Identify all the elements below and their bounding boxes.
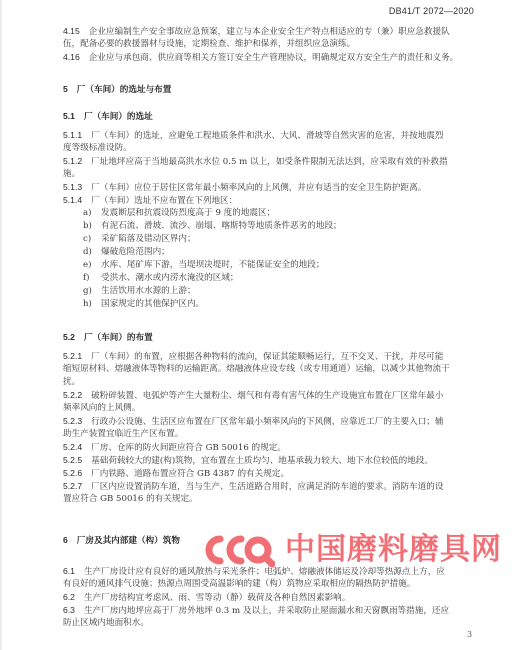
clause-6-3: 6.3生产厂房内地坪应高于厂房外地坪 0.3 m 及以上，并采取防止屋面漏水和天… (63, 604, 449, 616)
list-marker: c) (83, 233, 101, 245)
watermark-logo-icon (203, 530, 275, 570)
clause-number: 6.2 (63, 591, 75, 603)
clause-text: 厂房、仓库的防火间距应符合 GB 50016 的规定。 (91, 443, 286, 453)
section-5-heading: 5厂（车间）的选址与布置 (63, 83, 171, 95)
clause-6-3-cont: 防止区域内地面积水。 (63, 617, 149, 629)
clause-number: 5.2.6 (63, 467, 82, 479)
clause-text: 企业应与承包商、供应商等相关方签订安全生产管理协议，明确规定双方安全生产的责任和… (89, 53, 459, 63)
clause-5-2-4: 5.2.4厂房、仓库的防火间距应符合 GB 50016 的规定。 (63, 441, 286, 453)
clause-number: 6.1 (63, 565, 75, 577)
clause-5-2-7: 5.2.7厂区内应设置消防车道，当与生产、生活道路合用时，应满足消防车道的要求。… (63, 480, 443, 492)
clause-number: 5.2.5 (63, 454, 82, 466)
section-number: 5 (63, 83, 68, 95)
clause-5-2-2: 5.2.2破粉碎装置、电弧炉等产生大量粉尘、烟气和有毒有害气体的生产设施宜布置在… (63, 389, 443, 401)
section-6-heading: 6厂房及其内部建（构）筑物 (63, 534, 180, 546)
list-marker: a) (83, 207, 101, 219)
clause-number: 4.16 (63, 51, 80, 63)
list-text: 水库、尾矿库下游，当堤坝决堤时，不能保证安全的地段； (101, 260, 324, 270)
section-5-1-heading: 5.1厂（车间）的选址 (63, 110, 153, 122)
clause-text: 厂（车间）选址不应布置在下列地区： (91, 196, 237, 206)
clause-number: 5.1.4 (63, 194, 82, 206)
clause-5-2-7-cont: 置应符合 GB 50016 的有关规定。 (63, 493, 198, 505)
list-marker: e) (83, 259, 101, 271)
clause-5-1-2-cont: 施。 (63, 168, 80, 180)
section-title: 厂（车间）的选址 (84, 112, 153, 122)
clause-4-16: 4.16企业应与承包商、供应商等相关方签订安全生产管理协议，明确规定双方安全生产… (63, 51, 458, 63)
section-5-2-heading: 5.2厂（车间）的布置 (63, 331, 153, 343)
clause-text: 厂址地坪应高于当地最高洪水水位 0.5 m 以上，如受条件限制无法达到，应采取有… (91, 157, 448, 167)
list-item-c: c)采矿陷落及错动区界内； (83, 233, 196, 245)
clause-number: 5.2.2 (63, 389, 82, 401)
list-item-h: h)国家规定的其他保护区内。 (83, 298, 204, 310)
list-text: 发震断层和抗震设防烈度高于 9 度的地震区； (101, 208, 275, 218)
page-number: 3 (467, 630, 472, 639)
clause-5-1-1-cont: 度等级标准设防。 (63, 142, 132, 154)
clause-6-1-cont: 有良好的通风排气设施；热源点周围受高温影响的建（构）筑物应采取相应的隔热防护措施… (63, 578, 415, 590)
clause-number: 5.2.4 (63, 441, 82, 453)
clause-number: 5.2.7 (63, 480, 82, 492)
list-marker: h) (83, 298, 101, 310)
clause-5-2-1-cont2: 扰。 (63, 376, 80, 388)
clause-text: 厂内铁路、道路布置应符合 GB 4387 的有关规定。 (91, 469, 289, 479)
list-marker: b) (83, 220, 101, 232)
clause-number: 5.1.2 (63, 155, 82, 167)
clause-text: 基础荷载较大的建(构)筑物，宜布置在土质均匀、地基承载力较大、地下水位较低的地段… (91, 456, 433, 466)
clause-5-2-3: 5.2.3行政办公设施、生活区应布置在厂区常年最小频率风向的下风侧，应靠近工厂的… (63, 415, 443, 427)
clause-number: 6.3 (63, 604, 75, 616)
list-item-b: b)有泥石流、滑坡、流沙、崩塌、喀斯特等地质条件恶劣的地段； (83, 220, 342, 232)
clause-5-2-2-cont: 频率风向的上风侧。 (63, 402, 140, 414)
page-edge (0, 0, 2, 650)
list-text: 采矿陷落及错动区界内； (101, 234, 196, 244)
list-text: 国家规定的其他保护区内。 (101, 299, 204, 309)
list-text: 爆破危险范围内； (101, 247, 170, 257)
list-text: 有泥石流、滑坡、流沙、崩塌、喀斯特等地质条件恶劣的地段； (101, 221, 342, 231)
clause-5-2-6: 5.2.6厂内铁路、道路布置应符合 GB 4387 的有关规定。 (63, 467, 289, 479)
list-item-e: e)水库、尾矿库下游，当堤坝决堤时，不能保证安全的地段； (83, 259, 324, 271)
clause-number: 5.2.1 (63, 350, 82, 362)
clause-text: 企业应编制生产安全事故应急预案，建立与本企业安全生产特点相适应的专（兼）职应急救… (89, 27, 450, 37)
clause-5-2-5: 5.2.5基础荷载较大的建(构)筑物，宜布置在土质均匀、地基承载力较大、地下水位… (63, 454, 433, 466)
standard-code: DB41/T 2072—2020 (389, 6, 474, 16)
list-text: 受洪水、潮水或内涝水淹没的区域； (101, 273, 239, 283)
clause-text: 破粉碎装置、电弧炉等产生大量粉尘、烟气和有毒有害气体的生产设施宜布置在厂区常年最… (91, 391, 443, 401)
list-item-f: f)受洪水、潮水或内涝水淹没的区域； (83, 272, 239, 284)
clause-number: 5.1.1 (63, 129, 82, 141)
clause-text: 厂（车间）的布置，应根据各种物料的流向，保证其能顺畅运行，互不交叉、干扰，并尽可… (91, 352, 443, 362)
clause-5-1-2: 5.1.2厂址地坪应高于当地最高洪水水位 0.5 m 以上，如受条件限制无法达到… (63, 155, 448, 167)
watermark: 中国磨料磨具网 (203, 530, 502, 570)
section-number: 5.1 (63, 110, 75, 122)
section-title: 厂房及其内部建（构）筑物 (77, 536, 180, 546)
clause-number: 4.15 (63, 25, 80, 37)
section-number: 5.2 (63, 331, 75, 343)
watermark-text: 中国磨料磨具网 (285, 530, 502, 570)
clause-6-2: 6.2生产厂房结构宜考虑风、雨、雪等动（静）载荷及各种自然因素影响。 (63, 591, 350, 603)
clause-text: 厂区内应设置消防车道，当与生产、生活道路合用时，应满足消防车道的要求。消防车道的… (91, 482, 443, 492)
clause-4-15: 4.15企业应编制生产安全事故应急预案，建立与本企业安全生产特点相适应的专（兼）… (63, 25, 450, 37)
list-text: 生活饮用水水源的上游； (101, 286, 196, 296)
list-marker: g) (83, 285, 101, 297)
list-item-d: d)爆破危险范围内； (83, 246, 170, 258)
clause-5-1-3: 5.1.3厂（车间）应位于居住区常年最小频率风向的上风侧，并应有适当的安全卫生防… (63, 181, 426, 193)
clause-text: 生产厂房内地坪应高于厂房外地坪 0.3 m 及以上，并采取防止屋面漏水和天窗飘雨… (84, 606, 449, 616)
clause-text: 生产厂房结构宜考虑风、雨、雪等动（静）载荷及各种自然因素影响。 (84, 593, 350, 603)
list-item-g: g)生活饮用水水源的上游； (83, 285, 196, 297)
clause-number: 5.1.3 (63, 181, 82, 193)
section-title: 厂（车间）的选址与布置 (77, 85, 172, 95)
clause-5-2-1-cont1: 缩短原材料、熔融液体等物料的运输距离。熔融液体应设专线（或专用通道）运输，以减少… (63, 363, 450, 375)
clause-5-2-1: 5.2.1厂（车间）的布置，应根据各种物料的流向，保证其能顺畅运行，互不交叉、干… (63, 350, 443, 362)
list-marker: f) (83, 272, 101, 284)
clause-4-15-cont: 伍，配备必要的救援器材与设施，定期检查、维护和保养，并组织应急演练。 (63, 38, 355, 50)
section-title: 厂（车间）的布置 (84, 333, 153, 343)
clause-text: 厂（车间）应位于居住区常年最小频率风向的上风侧，并应有适当的安全卫生防护距离。 (91, 183, 426, 193)
clause-text: 厂（车间）的选址，应避免工程地质条件和洪水、大风、滑坡等自然灾害的危害，并按地震… (91, 131, 443, 141)
clause-5-2-3-cont: 助生产装置宜临近生产区布置。 (63, 428, 183, 440)
clause-text: 行政办公设施、生活区应布置在厂区常年最小频率风向的下风侧，应靠近工厂的主要入口；… (91, 417, 443, 427)
section-number: 6 (63, 534, 68, 546)
clause-5-1-4: 5.1.4厂（车间）选址不应布置在下列地区： (63, 194, 237, 206)
list-marker: d) (83, 246, 101, 258)
clause-number: 5.2.3 (63, 415, 82, 427)
clause-5-1-1: 5.1.1厂（车间）的选址，应避免工程地质条件和洪水、大风、滑坡等自然灾害的危害… (63, 129, 443, 141)
list-item-a: a)发震断层和抗震设防烈度高于 9 度的地震区； (83, 207, 275, 219)
